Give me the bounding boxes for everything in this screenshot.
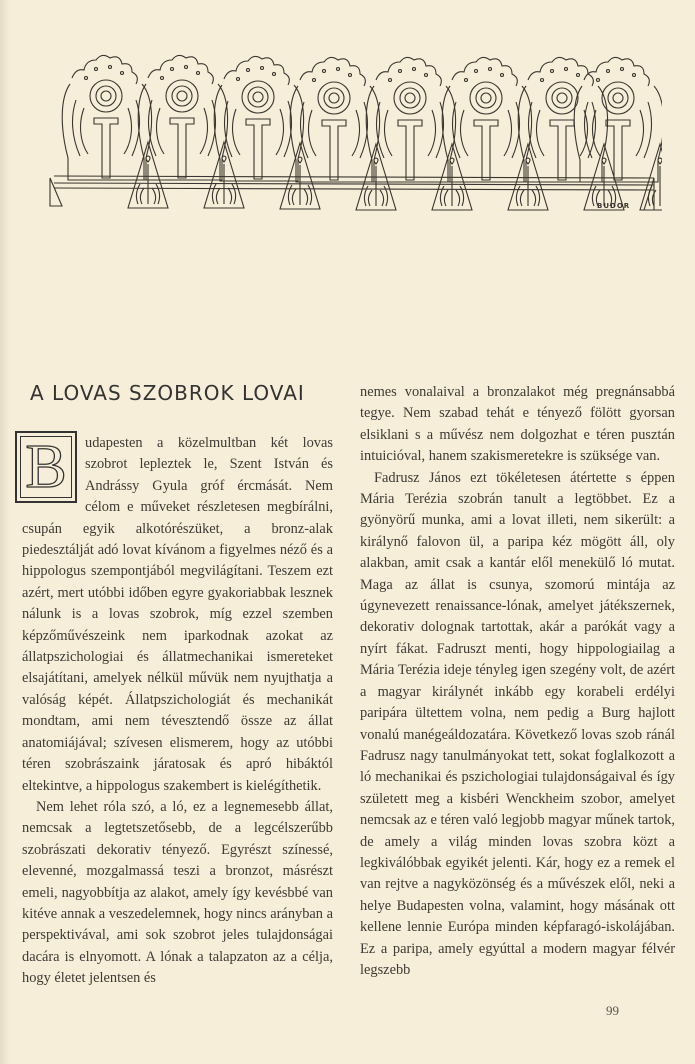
paragraph-2: Nem lehet róla szó, a ló, ez a legnemese… <box>22 797 333 990</box>
right-text-column: nemes vonalaival a bronzalakot még pregn… <box>360 382 675 981</box>
article-title: A LOVAS SZOBROK LOVAI <box>30 381 305 405</box>
drop-cap-letter: B <box>20 436 72 498</box>
paragraph-3: Fadrusz János ezt tökéletesen átértette … <box>360 468 675 982</box>
paragraph-1: B udapesten a közelmultban két lovas szo… <box>22 433 333 797</box>
page-edge-shadow <box>0 0 10 1064</box>
decorative-header-ornament <box>42 38 662 218</box>
illustrator-signature: BUDOR <box>597 202 630 210</box>
paragraph-2-continued: nemes vonalaival a bronzalakot még pregn… <box>360 382 675 468</box>
drop-cap: B <box>15 431 77 503</box>
page-number: 99 <box>606 1003 619 1019</box>
peacock-frieze-illustration <box>42 38 662 218</box>
left-text-column: B udapesten a közelmultban két lovas szo… <box>22 433 333 990</box>
